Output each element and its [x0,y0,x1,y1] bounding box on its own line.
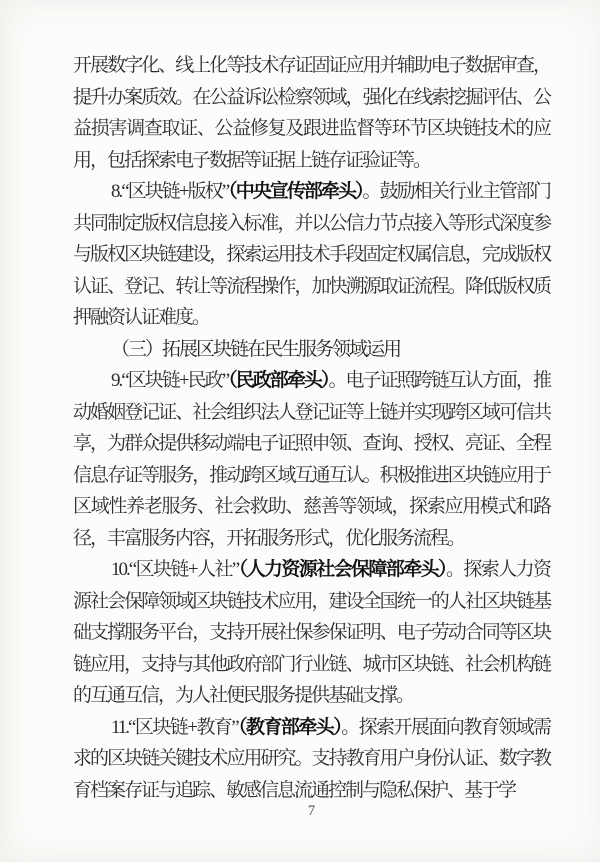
text-run: 8.“区块链+版权” [111,181,228,202]
document-body: 开展数字化、线上化等技术存证固证应用并辅助电子数据审查，提升办案质效。在公益诉讼… [73,50,550,806]
text-run: （三）拓展区块链在民生服务领域运用 [111,339,400,360]
document-paragraph: 8.“区块链+版权”（中央宣传部牵头）。鼓励相关行业主管部门共同制定版权信息接入… [73,176,550,334]
department-lead-label: （民政部牵头） [228,370,328,391]
department-lead-label: （教育部牵头） [238,717,342,738]
document-paragraph: 11.“区块链+教育”（教育部牵头）。探索开展面向教育领域需求的区块链关键技术应… [73,712,550,807]
scanned-document-page: 开展数字化、线上化等技术存证固证应用并辅助电子数据审查，提升办案质效。在公益诉讼… [0,0,600,862]
text-run: 开展数字化、线上化等技术存证固证应用并辅助电子数据审查，提升办案质效。在公益诉讼… [73,55,550,171]
document-paragraph: 10.“区块链+人社”（人力资源社会保障部牵头）。探索人力资源社会保障领域区块链… [73,554,550,712]
text-run: 。电子证照跨链互认方面，推动婚姻登记证、社会组织法人登记证等上链并实现跨区域可信… [73,370,550,549]
page-number: 7 [73,801,550,821]
document-paragraph: 开展数字化、线上化等技术存证固证应用并辅助电子数据审查，提升办案质效。在公益诉讼… [73,50,550,176]
department-lead-label: （中央宣传部牵头） [228,181,362,202]
text-run: 10.“区块链+人社” [111,559,238,580]
text-run: 9.“区块链+民政” [111,370,228,391]
text-run: 11.“区块链+教育” [111,717,238,738]
text-run: 。鼓励相关行业主管部门共同制定版权信息接入标准，并以公信力节点接入等形式深度参与… [73,181,550,328]
document-paragraph: 9.“区块链+民政”（民政部牵头）。电子证照跨链互认方面，推动婚姻登记证、社会组… [73,365,550,554]
text-run: 。探索人力资源社会保障领域区块链技术应用，建设全国统一的人社区块链基础支撑服务平… [73,559,550,706]
section-heading: （三）拓展区块链在民生服务领域运用 [73,334,550,366]
department-lead-label: （人力资源社会保障部牵头） [238,559,446,580]
